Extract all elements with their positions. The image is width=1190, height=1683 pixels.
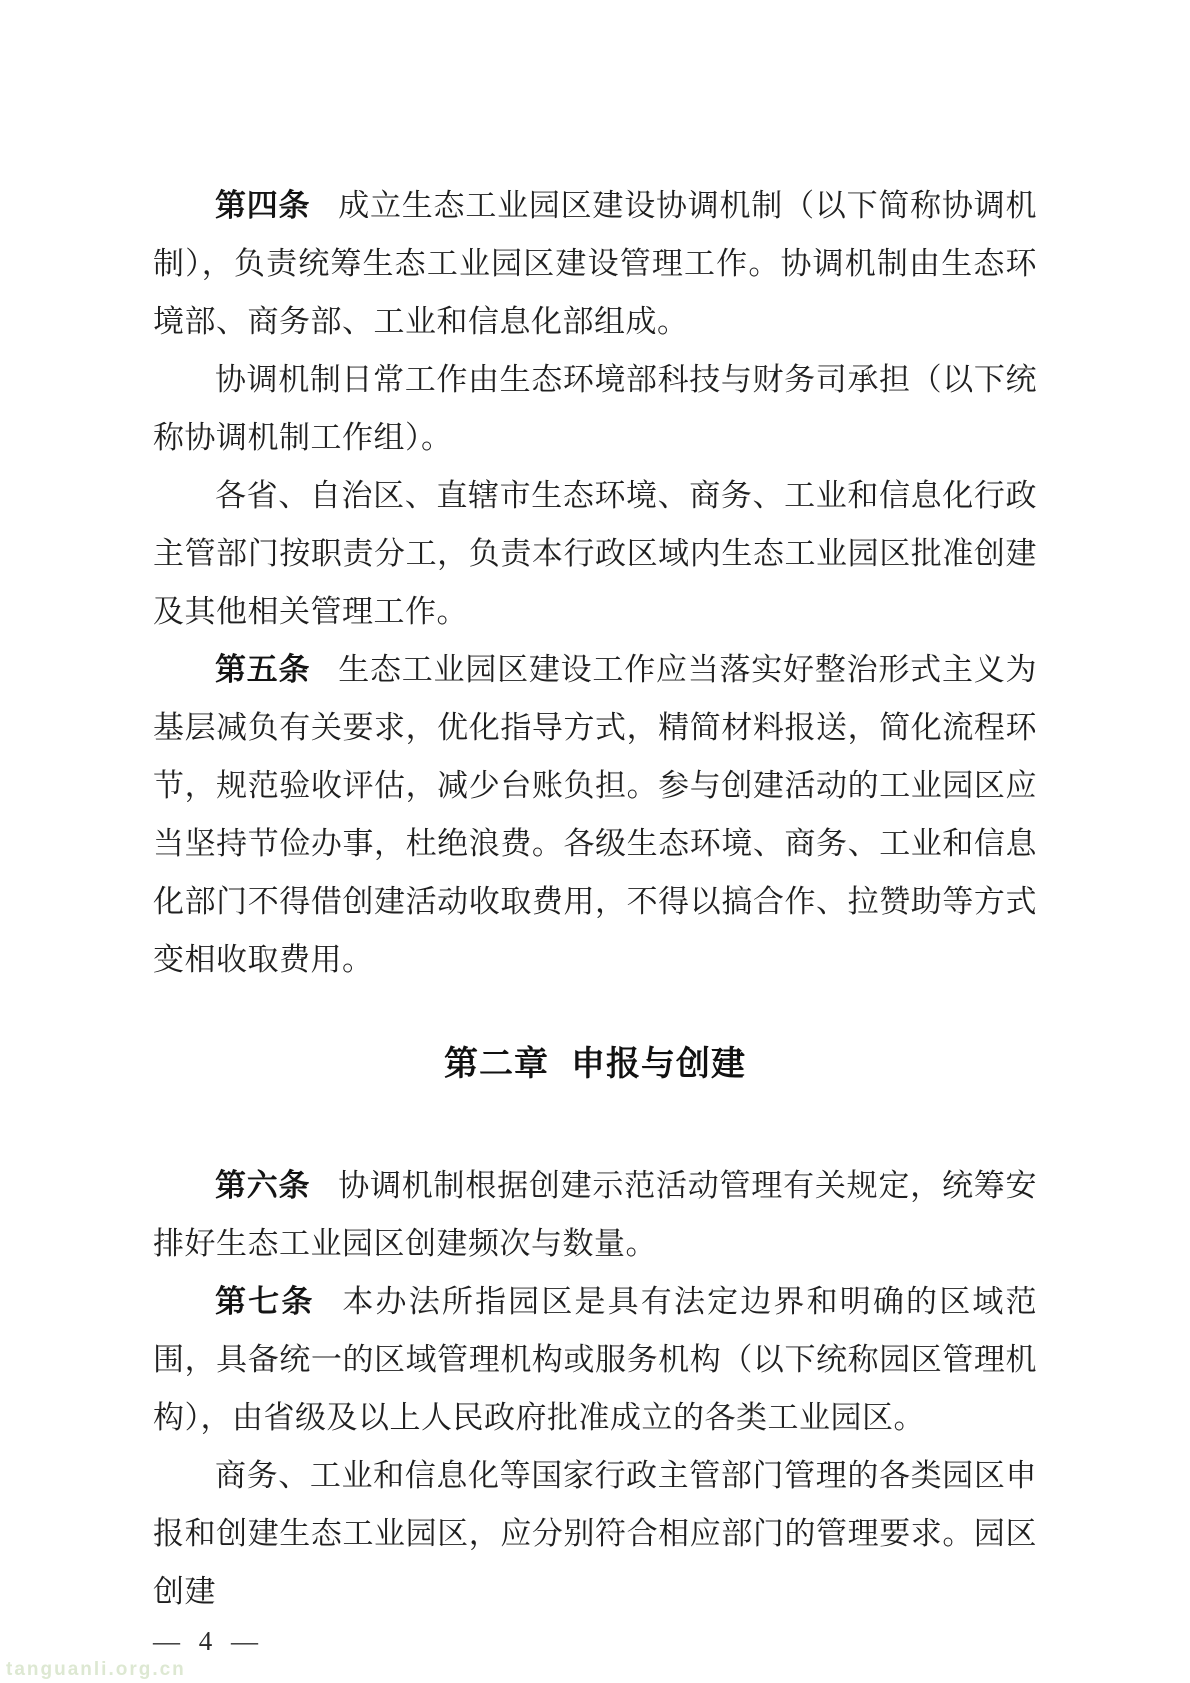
paragraph-article-7: 第七条本办法所指园区是具有法定边界和明确的区域范围，具备统一的区域管理机构或服务… (153, 1273, 1037, 1447)
article-5-text: 生态工业园区建设工作应当落实好整治形式主义为基层减负有关要求，优化指导方式，精简… (153, 652, 1037, 977)
document-page: 第四条成立生态工业园区建设协调机制（以下简称协调机制），负责统筹生态工业园区建设… (0, 0, 1190, 1683)
paragraph-article-6: 第六条协调机制根据创建示范活动管理有关规定，统筹安排好生态工业园区创建频次与数量… (153, 1157, 1037, 1273)
paragraph-provincial-duties: 各省、自治区、直辖市生态环境、商务、工业和信息化行政主管部门按职责分工，负责本行… (153, 467, 1037, 641)
paragraph-national-parks: 商务、工业和信息化等国家行政主管部门管理的各类园区申报和创建生态工业园区，应分别… (153, 1447, 1037, 1621)
chapter-number: 第二章 (444, 1045, 549, 1083)
chapter-heading: 第二章申报与创建 (153, 1035, 1037, 1093)
article-7-number-label: 第七条 (215, 1284, 314, 1319)
paragraph-daily-work: 协调机制日常工作由生态环境部科技与财务司承担（以下统称协调机制工作组）。 (153, 351, 1037, 467)
paragraph-article-4: 第四条成立生态工业园区建设协调机制（以下简称协调机制），负责统筹生态工业园区建设… (153, 177, 1037, 351)
paragraph-article-5: 第五条生态工业园区建设工作应当落实好整治形式主义为基层减负有关要求，优化指导方式… (153, 641, 1037, 989)
article-4-number-label: 第四条 (215, 188, 310, 223)
paragraph-national-parks-text: 商务、工业和信息化等国家行政主管部门管理的各类园区申报和创建生态工业园区，应分别… (153, 1458, 1037, 1609)
page-number: — 4 — (153, 1625, 1037, 1657)
document-body: 第四条成立生态工业园区建设协调机制（以下简称协调机制），负责统筹生态工业园区建设… (153, 177, 1037, 1657)
article-6-number-label: 第六条 (215, 1168, 310, 1203)
article-5-number-label: 第五条 (215, 652, 310, 687)
chapter-title: 申报与创建 (571, 1045, 746, 1083)
paragraph-provincial-duties-text: 各省、自治区、直辖市生态环境、商务、工业和信息化行政主管部门按职责分工，负责本行… (153, 478, 1037, 629)
watermark-text: tanguanli.org.cn (6, 1659, 186, 1681)
paragraph-daily-work-text: 协调机制日常工作由生态环境部科技与财务司承担（以下统称协调机制工作组）。 (153, 362, 1037, 455)
